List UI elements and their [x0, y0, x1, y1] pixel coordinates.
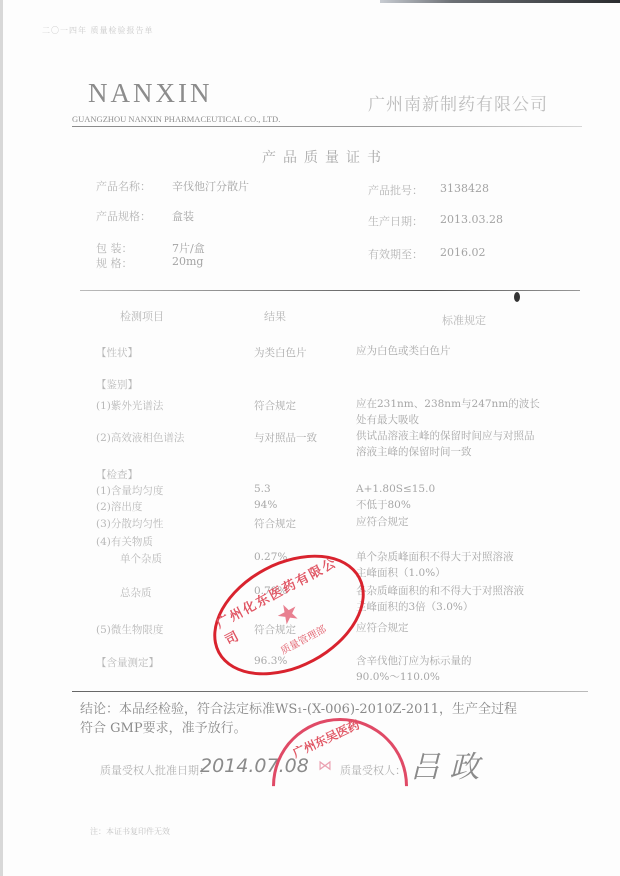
certificate-page: 二〇一四年 质量检验报告单 NANXIN GUANGZHOU NANXIN PH… [0, 0, 620, 876]
field-value-mfg-date: 2013.03.28 [440, 213, 503, 226]
table-cell-result: 符合规定 [254, 516, 296, 531]
field-value-strength: 20mg [172, 255, 203, 268]
field-label-spec: 产品规格： [96, 208, 151, 224]
table-cell-item: 【鉴别】 [96, 377, 138, 392]
col-header-standard: 标准规定 [442, 312, 486, 328]
brand-logo-text: NANXIN [88, 78, 212, 109]
table-top-divider [80, 290, 580, 291]
table-cell-item: (5)微生物限度 [96, 622, 163, 637]
table-cell-item: (1)含量均匀度 [96, 483, 163, 498]
table-cell-standard: 应符合规定 [356, 620, 409, 636]
scan-edge-left [0, 0, 3, 876]
document-title: 产品质量证书 [262, 147, 388, 167]
table-cell-standard: 应为白色或类白色片 [356, 343, 451, 359]
table-cell-result: 94% [254, 499, 277, 511]
table-cell-standard: 供试品溶液主峰的保留时间应与对照品溶液主峰的保留时间一致 [356, 428, 535, 460]
field-value-spec: 盒装 [172, 208, 194, 224]
faint-header-text: 二〇一四年 质量检验报告单 [42, 25, 154, 36]
approver-signature: 吕 政 [410, 742, 480, 786]
field-label-expiry: 有效期至： [368, 246, 423, 262]
table-cell-standard: 单个杂质峰面积不得大于对照溶液主峰面积（1.0%） [356, 549, 514, 581]
butterfly-icon: ⋈ [318, 758, 332, 774]
field-label-mfg-date: 生产日期： [368, 213, 423, 229]
field-value-batch: 3138428 [440, 182, 489, 195]
table-cell-item: (2)溶出度 [96, 499, 142, 514]
table-cell-item: 总杂质 [120, 585, 152, 600]
table-bottom-divider [72, 691, 588, 692]
field-label-strength: 规 格： [96, 255, 133, 271]
brand-chinese-name: 广州南新制药有限公司 [368, 90, 548, 115]
approval-date-label: 质量受权人批准日期： [100, 762, 210, 778]
field-label-batch: 产品批号： [368, 182, 423, 198]
scan-edge-top [380, 0, 620, 3]
table-cell-result: 5.3 [254, 483, 271, 495]
table-cell-standard: 不低于80% [356, 497, 411, 513]
table-cell-item: (4)有关物质 [96, 534, 153, 549]
field-label-product-name: 产品名称： [96, 178, 151, 194]
table-cell-standard: 各杂质峰面积的和不得大于对照溶液主峰面积的3倍（3.0%） [356, 583, 524, 615]
field-value-packaging: 7片/盒 [172, 240, 205, 256]
conclusion-line-1: 结论：本品经检验，符合法定标准WS₁-(X-006)-2010Z-2011，生产… [80, 700, 517, 719]
table-cell-item: 【检查】 [96, 467, 138, 482]
footer-note: 注：本证书复印件无效 [90, 826, 170, 837]
scan-speck [514, 292, 520, 302]
field-value-product-name: 辛伐他汀分散片 [172, 178, 249, 194]
col-header-item: 检测项目 [120, 308, 164, 324]
table-cell-standard: 应符合规定 [356, 514, 409, 530]
table-cell-item: 【含量测定】 [96, 655, 159, 670]
table-cell-item: (2)高效液相色谱法 [96, 430, 184, 445]
field-label-packaging: 包 装： [96, 240, 133, 256]
table-cell-result: 为类白色片 [254, 345, 307, 360]
letterhead-divider [72, 126, 582, 127]
field-value-expiry: 2016.02 [440, 246, 486, 259]
table-cell-item: (3)分散均匀性 [96, 516, 163, 531]
table-cell-result: 与对照品一致 [254, 430, 317, 445]
table-cell-standard: A+1.80S≤15.0 [356, 481, 435, 497]
table-cell-standard: 含辛伐他汀应为标示量的90.0%～110.0% [356, 653, 472, 685]
table-cell-item: (1)紫外光谱法 [96, 398, 163, 413]
col-header-result: 结果 [264, 308, 286, 324]
table-cell-result: 符合规定 [254, 398, 296, 413]
table-cell-standard: 应在231nm、238nm与247nm的波长处有最大吸收 [356, 396, 540, 428]
table-cell-item: 单个杂质 [120, 551, 162, 566]
brand-english-name: GUANGZHOU NANXIN PHARMACEUTICAL CO., LTD… [72, 114, 280, 124]
table-cell-item: 【性状】 [96, 345, 138, 360]
